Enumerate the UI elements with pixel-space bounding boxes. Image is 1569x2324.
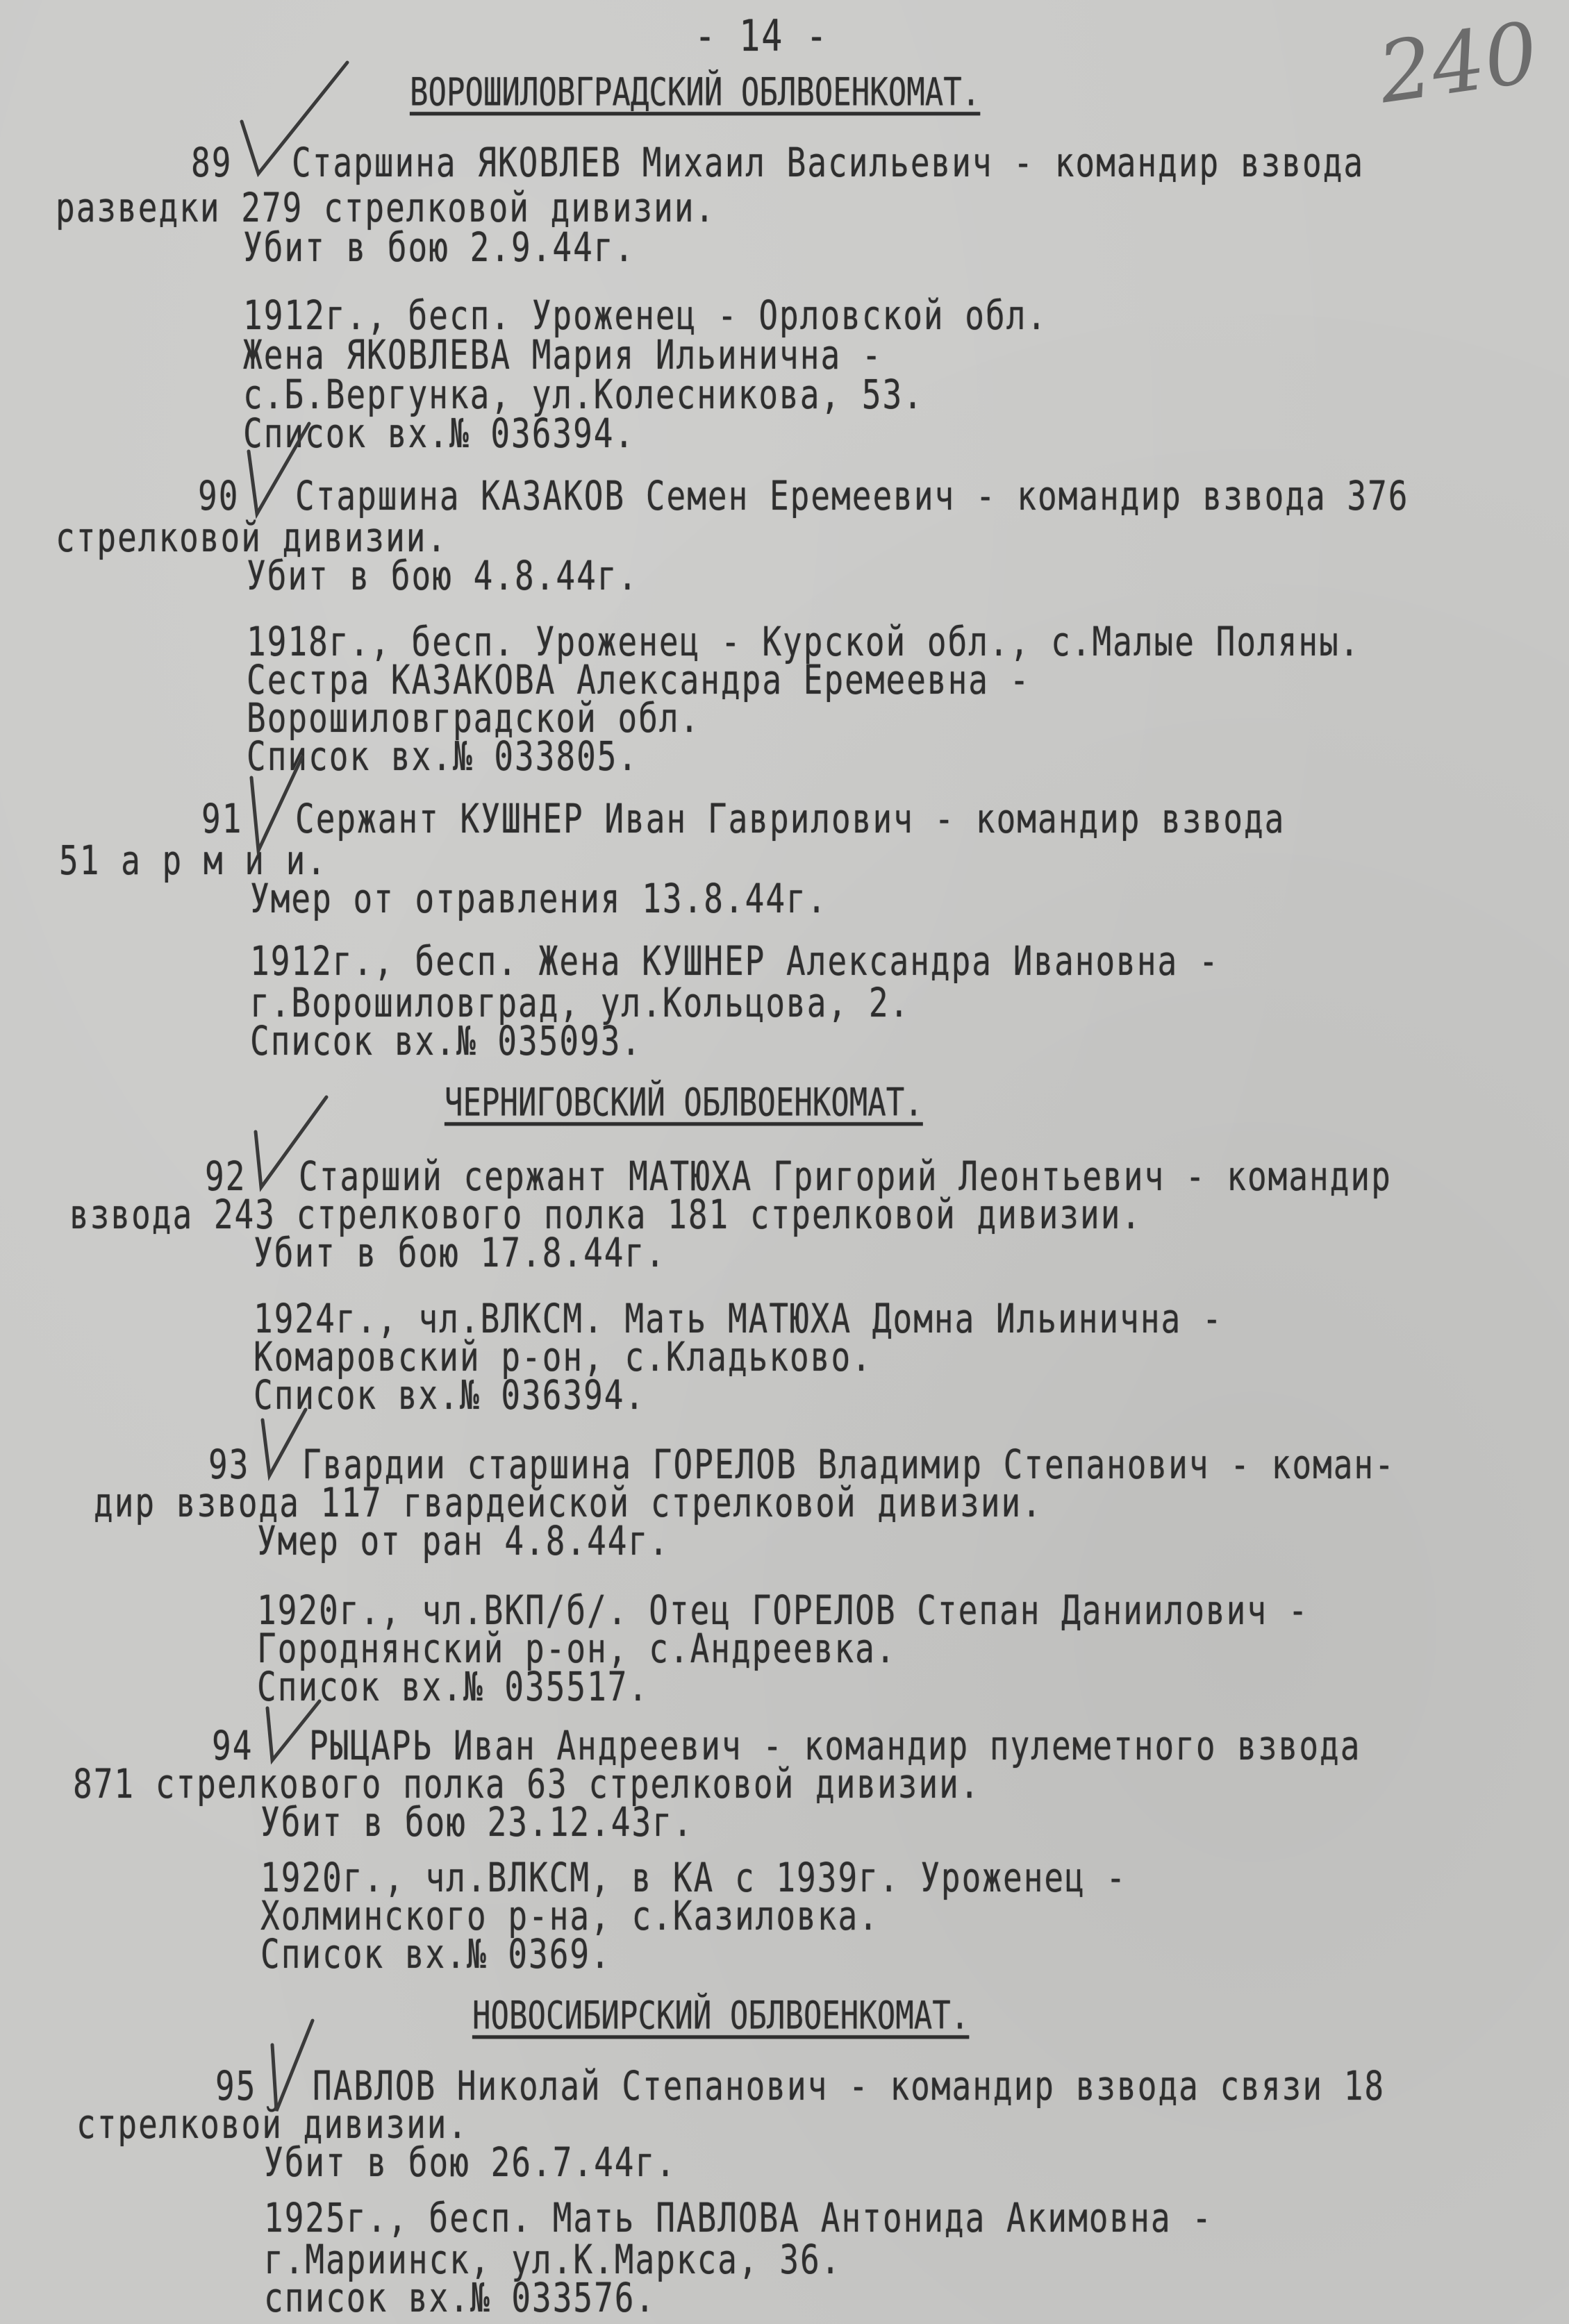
document-page: - 14 - 240 ВОРОШИЛОВГРАДСКИЙ ОБЛВОЕНКОМА… — [0, 0, 1569, 2324]
check-mark-icon — [0, 0, 1569, 2324]
